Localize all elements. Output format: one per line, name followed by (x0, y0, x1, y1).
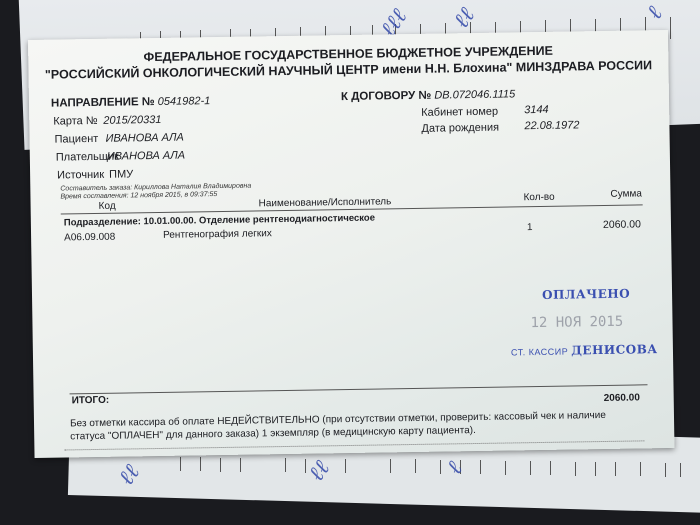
total-value: 2060.00 (604, 392, 640, 404)
card-value: 2015/20331 (103, 114, 161, 127)
col-name: Наименование/Исполнитель (259, 196, 392, 209)
contract-number: К ДОГОВОРУ № DB.072046.1115 (341, 88, 515, 103)
receipt-sheet: ФЕДЕРАЛЬНОЕ ГОСУДАРСТВЕННОЕ БЮДЖЕТНОЕ УЧ… (28, 30, 674, 458)
row-code: A06.09.008 (64, 232, 115, 244)
source-value: ПМУ (109, 168, 133, 180)
col-sum: Сумма (610, 188, 642, 199)
paid-stamp: ОПЛАЧЕНО (542, 287, 630, 302)
card-label: Карта № (53, 115, 97, 128)
payer-value: ИВАНОВА АЛА (107, 150, 185, 163)
cashier-stamp: СТ. КАССИР ДЕНИСОВА (511, 342, 658, 358)
total-label: ИТОГО: (72, 395, 110, 407)
patient-value: ИВАНОВА АЛА (105, 132, 183, 145)
patient-label: Пациент (54, 133, 98, 146)
row-name: Рентгенография легких (163, 228, 272, 241)
total-divider (70, 384, 648, 394)
row-sum: 2060.00 (603, 218, 641, 231)
col-qty: Кол-во (523, 192, 554, 203)
row-qty: 1 (527, 222, 533, 233)
referral-number: НАПРАВЛЕНИЕ № 0541982-1 (51, 95, 211, 110)
paid-date-stamp: 12 НОЯ 2015 (530, 314, 623, 331)
department-row: Подразделение: 10.01.00.00. Отделение ре… (64, 213, 375, 229)
cabinet-value: 3144 (524, 104, 549, 116)
col-code: Код (99, 201, 116, 212)
dob-value: 22.08.1972 (524, 119, 579, 132)
source-label: Источник (57, 169, 104, 182)
cabinet-label: Кабинет номер (421, 106, 498, 119)
validity-note: Без отметки кассира об оплате НЕДЕЙСТВИТ… (70, 409, 630, 444)
dob-label: Дата рождения (421, 122, 499, 135)
order-time: Время составления: 12 ноября 2015, в 09:… (60, 191, 217, 200)
